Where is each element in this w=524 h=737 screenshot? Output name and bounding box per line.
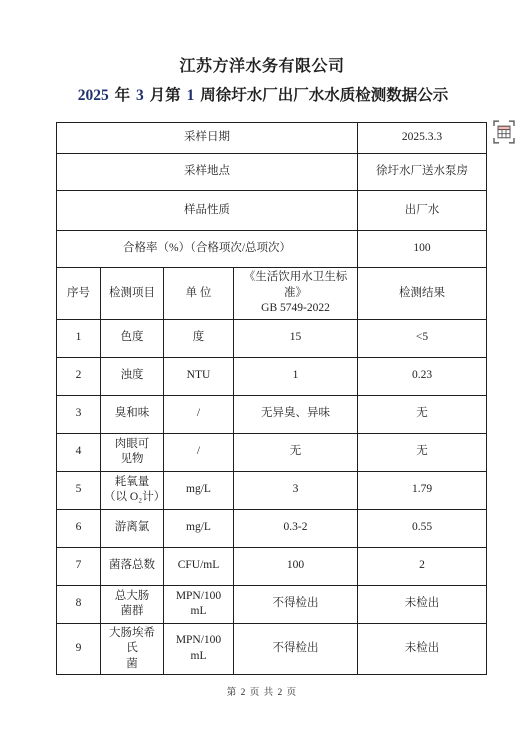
table-header-row: 序号检测项目单 位《生活饮用水卫生标准》 GB 5749-2022检测结果	[57, 268, 487, 320]
table-capture-button[interactable]	[492, 119, 516, 145]
info-value-cell: 2025.3.3	[358, 123, 487, 154]
info-value-cell: 100	[358, 231, 487, 268]
header-cell-item: 检测项目	[101, 268, 164, 320]
cell-unit: 度	[164, 319, 234, 357]
table-row: 7菌落总数CFU/mL1002	[57, 547, 487, 585]
cell-index: 5	[57, 471, 101, 509]
subtitle-text: 月第	[146, 87, 185, 104]
cell-result: 未检出	[358, 623, 487, 675]
cell-item: 大肠埃希氏 菌	[101, 623, 164, 675]
header-cell-standard: 《生活饮用水卫生标准》 GB 5749-2022	[234, 268, 358, 320]
cell-standard: 不得检出	[234, 623, 358, 675]
info-label-cell: 合格率（%）（合格项次/总项次）	[57, 231, 358, 268]
table-row: 1色度度15<5	[57, 319, 487, 357]
cell-item: 浊度	[101, 357, 164, 395]
subtitle-text: 周徐圩水厂出厂水水质检测数据公示	[196, 87, 448, 104]
cell-item: 臭和味	[101, 395, 164, 433]
company-title: 江苏方洋水务有限公司	[0, 57, 524, 77]
cell-item: 菌落总数	[101, 547, 164, 585]
cell-result: 0.23	[358, 357, 487, 395]
info-row: 采样日期2025.3.3	[57, 123, 487, 154]
cell-result: 未检出	[358, 585, 487, 623]
cell-result: <5	[358, 319, 487, 357]
cell-unit: CFU/mL	[164, 547, 234, 585]
cell-standard: 不得检出	[234, 585, 358, 623]
cell-index: 6	[57, 509, 101, 547]
cell-index: 3	[57, 395, 101, 433]
table-row: 6游离氯mg/L0.3-20.55	[57, 509, 487, 547]
cell-unit: MPN/100 mL	[164, 585, 234, 623]
cell-standard: 15	[234, 319, 358, 357]
header-cell-result: 检测结果	[358, 268, 487, 320]
table-row: 4肉眼可 见物/无无	[57, 433, 487, 471]
cell-index: 1	[57, 319, 101, 357]
cell-result: 1.79	[358, 471, 487, 509]
cell-result: 无	[358, 433, 487, 471]
header-cell-unit: 单 位	[164, 268, 234, 320]
header-cell-index: 序号	[57, 268, 101, 320]
subtitle-text: 年	[111, 87, 134, 104]
report-subtitle: 2025 年 3 月第 1 周徐圩水厂出厂水水质检测数据公示	[0, 86, 524, 106]
cell-standard: 无	[234, 433, 358, 471]
cell-item: 游离氯	[101, 509, 164, 547]
table-row: 2浊度NTU10.23	[57, 357, 487, 395]
cell-unit: mg/L	[164, 509, 234, 547]
water-quality-table: 采样日期2025.3.3采样地点徐圩水厂送水泵房样品性质出厂水合格率（%）（合格…	[56, 122, 487, 675]
cell-result: 无	[358, 395, 487, 433]
cell-index: 9	[57, 623, 101, 675]
table-row: 5耗氧量 （以 O₂计）mg/L31.79	[57, 471, 487, 509]
cell-unit: NTU	[164, 357, 234, 395]
cell-standard: 3	[234, 471, 358, 509]
subtitle-number: 3	[134, 87, 146, 104]
info-value-cell: 出厂水	[358, 191, 487, 231]
cell-result: 0.55	[358, 509, 487, 547]
cell-index: 2	[57, 357, 101, 395]
cell-unit: MPN/100 mL	[164, 623, 234, 675]
cell-index: 7	[57, 547, 101, 585]
cell-result: 2	[358, 547, 487, 585]
table-row: 9大肠埃希氏 菌MPN/100 mL不得检出未检出	[57, 623, 487, 675]
page-number: 第 2 页 共 2 页	[0, 684, 524, 698]
info-label-cell: 采样日期	[57, 123, 358, 154]
subtitle-number: 2025	[76, 87, 111, 104]
info-row: 采样地点徐圩水厂送水泵房	[57, 154, 487, 191]
cell-standard: 无异臭、异味	[234, 395, 358, 433]
info-row: 样品性质出厂水	[57, 191, 487, 231]
info-value-cell: 徐圩水厂送水泵房	[358, 154, 487, 191]
document-page: 江苏方洋水务有限公司 2025 年 3 月第 1 周徐圩水厂出厂水水质检测数据公…	[0, 0, 524, 737]
cell-index: 8	[57, 585, 101, 623]
subtitle-number: 1	[185, 87, 197, 104]
info-row: 合格率（%）（合格项次/总项次）100	[57, 231, 487, 268]
cell-standard: 100	[234, 547, 358, 585]
cell-index: 4	[57, 433, 101, 471]
table-capture-icon	[492, 119, 516, 145]
cell-item: 色度	[101, 319, 164, 357]
cell-item: 耗氧量 （以 O₂计）	[101, 471, 164, 509]
cell-unit: /	[164, 395, 234, 433]
cell-item: 总大肠 菌群	[101, 585, 164, 623]
cell-unit: mg/L	[164, 471, 234, 509]
cell-unit: /	[164, 433, 234, 471]
info-label-cell: 采样地点	[57, 154, 358, 191]
table-row: 8总大肠 菌群MPN/100 mL不得检出未检出	[57, 585, 487, 623]
info-label-cell: 样品性质	[57, 191, 358, 231]
cell-standard: 1	[234, 357, 358, 395]
table-row: 3臭和味/无异臭、异味无	[57, 395, 487, 433]
cell-item: 肉眼可 见物	[101, 433, 164, 471]
cell-standard: 0.3-2	[234, 509, 358, 547]
